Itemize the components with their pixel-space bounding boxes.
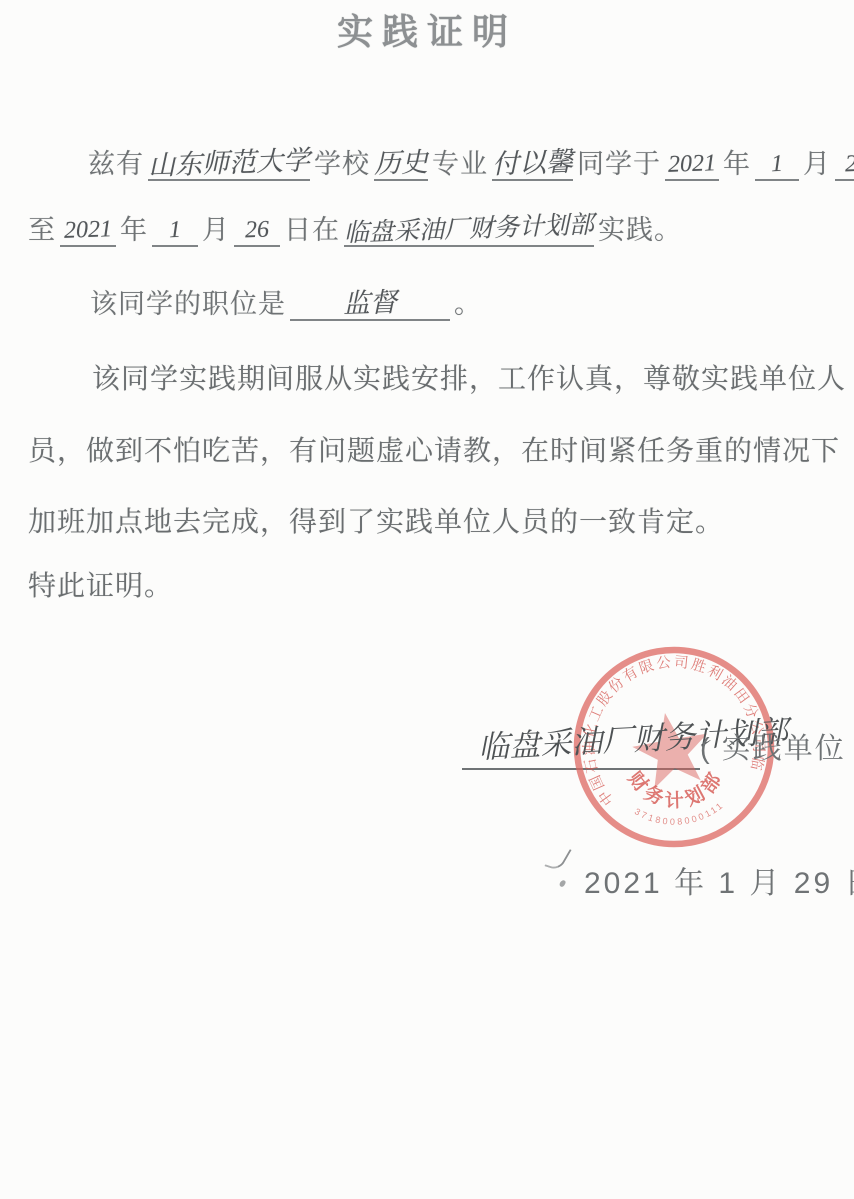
handwritten-end-year: 2021 xyxy=(64,217,113,246)
handwritten-name: 付以馨 xyxy=(491,147,573,181)
text-major-suffix: 专业 xyxy=(432,149,488,179)
text-day-at: 日在 xyxy=(284,215,340,245)
name-blank: 付以馨 xyxy=(492,148,573,181)
body-line-2: 员，做到不怕吃苦，有问题虚心请教，在时间紧任务重的情况下 xyxy=(28,429,840,469)
body-line-3: 加班加点地去完成，得到了实践单位人员的一致肯定。 xyxy=(28,500,724,540)
practice-unit-label: ( 实践单位 ) xyxy=(700,726,854,767)
handwritten-end-month: 1 xyxy=(169,217,182,245)
text-prefix: 兹有 xyxy=(88,149,144,179)
body-line-1: 该同学实践期间服从实践安排，工作认真，尊敬实践单位人 xyxy=(92,357,846,397)
handwritten-position: 监督 xyxy=(342,287,397,320)
handwritten-start-year: 2021 xyxy=(668,151,717,180)
major-blank: 历史 xyxy=(374,148,428,181)
handwritten-end-day: 26 xyxy=(245,217,270,245)
handwritten-major: 历史 xyxy=(373,147,428,180)
school-blank: 山东师范大学 xyxy=(148,148,310,181)
body-line-4: 特此证明。 xyxy=(28,564,173,604)
text-school-suffix: 学校 xyxy=(314,149,370,179)
position-blank: 监督 xyxy=(290,288,450,321)
text-year-label: 年 xyxy=(723,149,751,179)
document-title: 实践证明 xyxy=(0,4,854,55)
position-line: 该同学的职位是监督。 xyxy=(90,282,482,321)
text-after-name: 同学于 xyxy=(577,149,661,179)
text-position-prefix: 该同学的职位是 xyxy=(90,289,286,319)
start-month-blank: 1 xyxy=(755,147,799,181)
end-day-blank: 26 xyxy=(234,213,280,247)
text-position-period: 。 xyxy=(454,289,482,319)
fill-in-line-2: 至2021年1月26日在临盘采油厂财务计划部实践。 xyxy=(28,208,682,247)
unit-blank: 临盘采油厂财务计划部 xyxy=(344,213,594,247)
text-month-label2: 月 xyxy=(202,215,230,245)
text-year-label2: 年 xyxy=(120,215,148,245)
start-year-blank: 2021 xyxy=(665,147,719,181)
fill-in-line-1: 兹有山东师范大学学校历史专业付以馨同学于2021年1月20日 xyxy=(88,142,854,181)
start-day-blank: 20 xyxy=(835,147,854,181)
text-practice-suffix: 实践。 xyxy=(598,215,682,245)
handwritten-start-month: 1 xyxy=(771,151,784,179)
text-month-label: 月 xyxy=(803,149,831,179)
handwritten-school: 山东师范大学 xyxy=(148,145,311,182)
certificate-page: 实践证明 兹有山东师范大学学校历史专业付以馨同学于2021年1月20日 至202… xyxy=(0,0,854,1199)
handwritten-start-day: 20 xyxy=(845,151,854,179)
text-until: 至 xyxy=(28,215,56,245)
ink-smudge xyxy=(559,879,567,888)
end-year-blank: 2021 xyxy=(60,213,116,247)
end-month-blank: 1 xyxy=(152,213,198,247)
handwritten-unit: 临盘采油厂财务计划部 xyxy=(344,212,595,249)
